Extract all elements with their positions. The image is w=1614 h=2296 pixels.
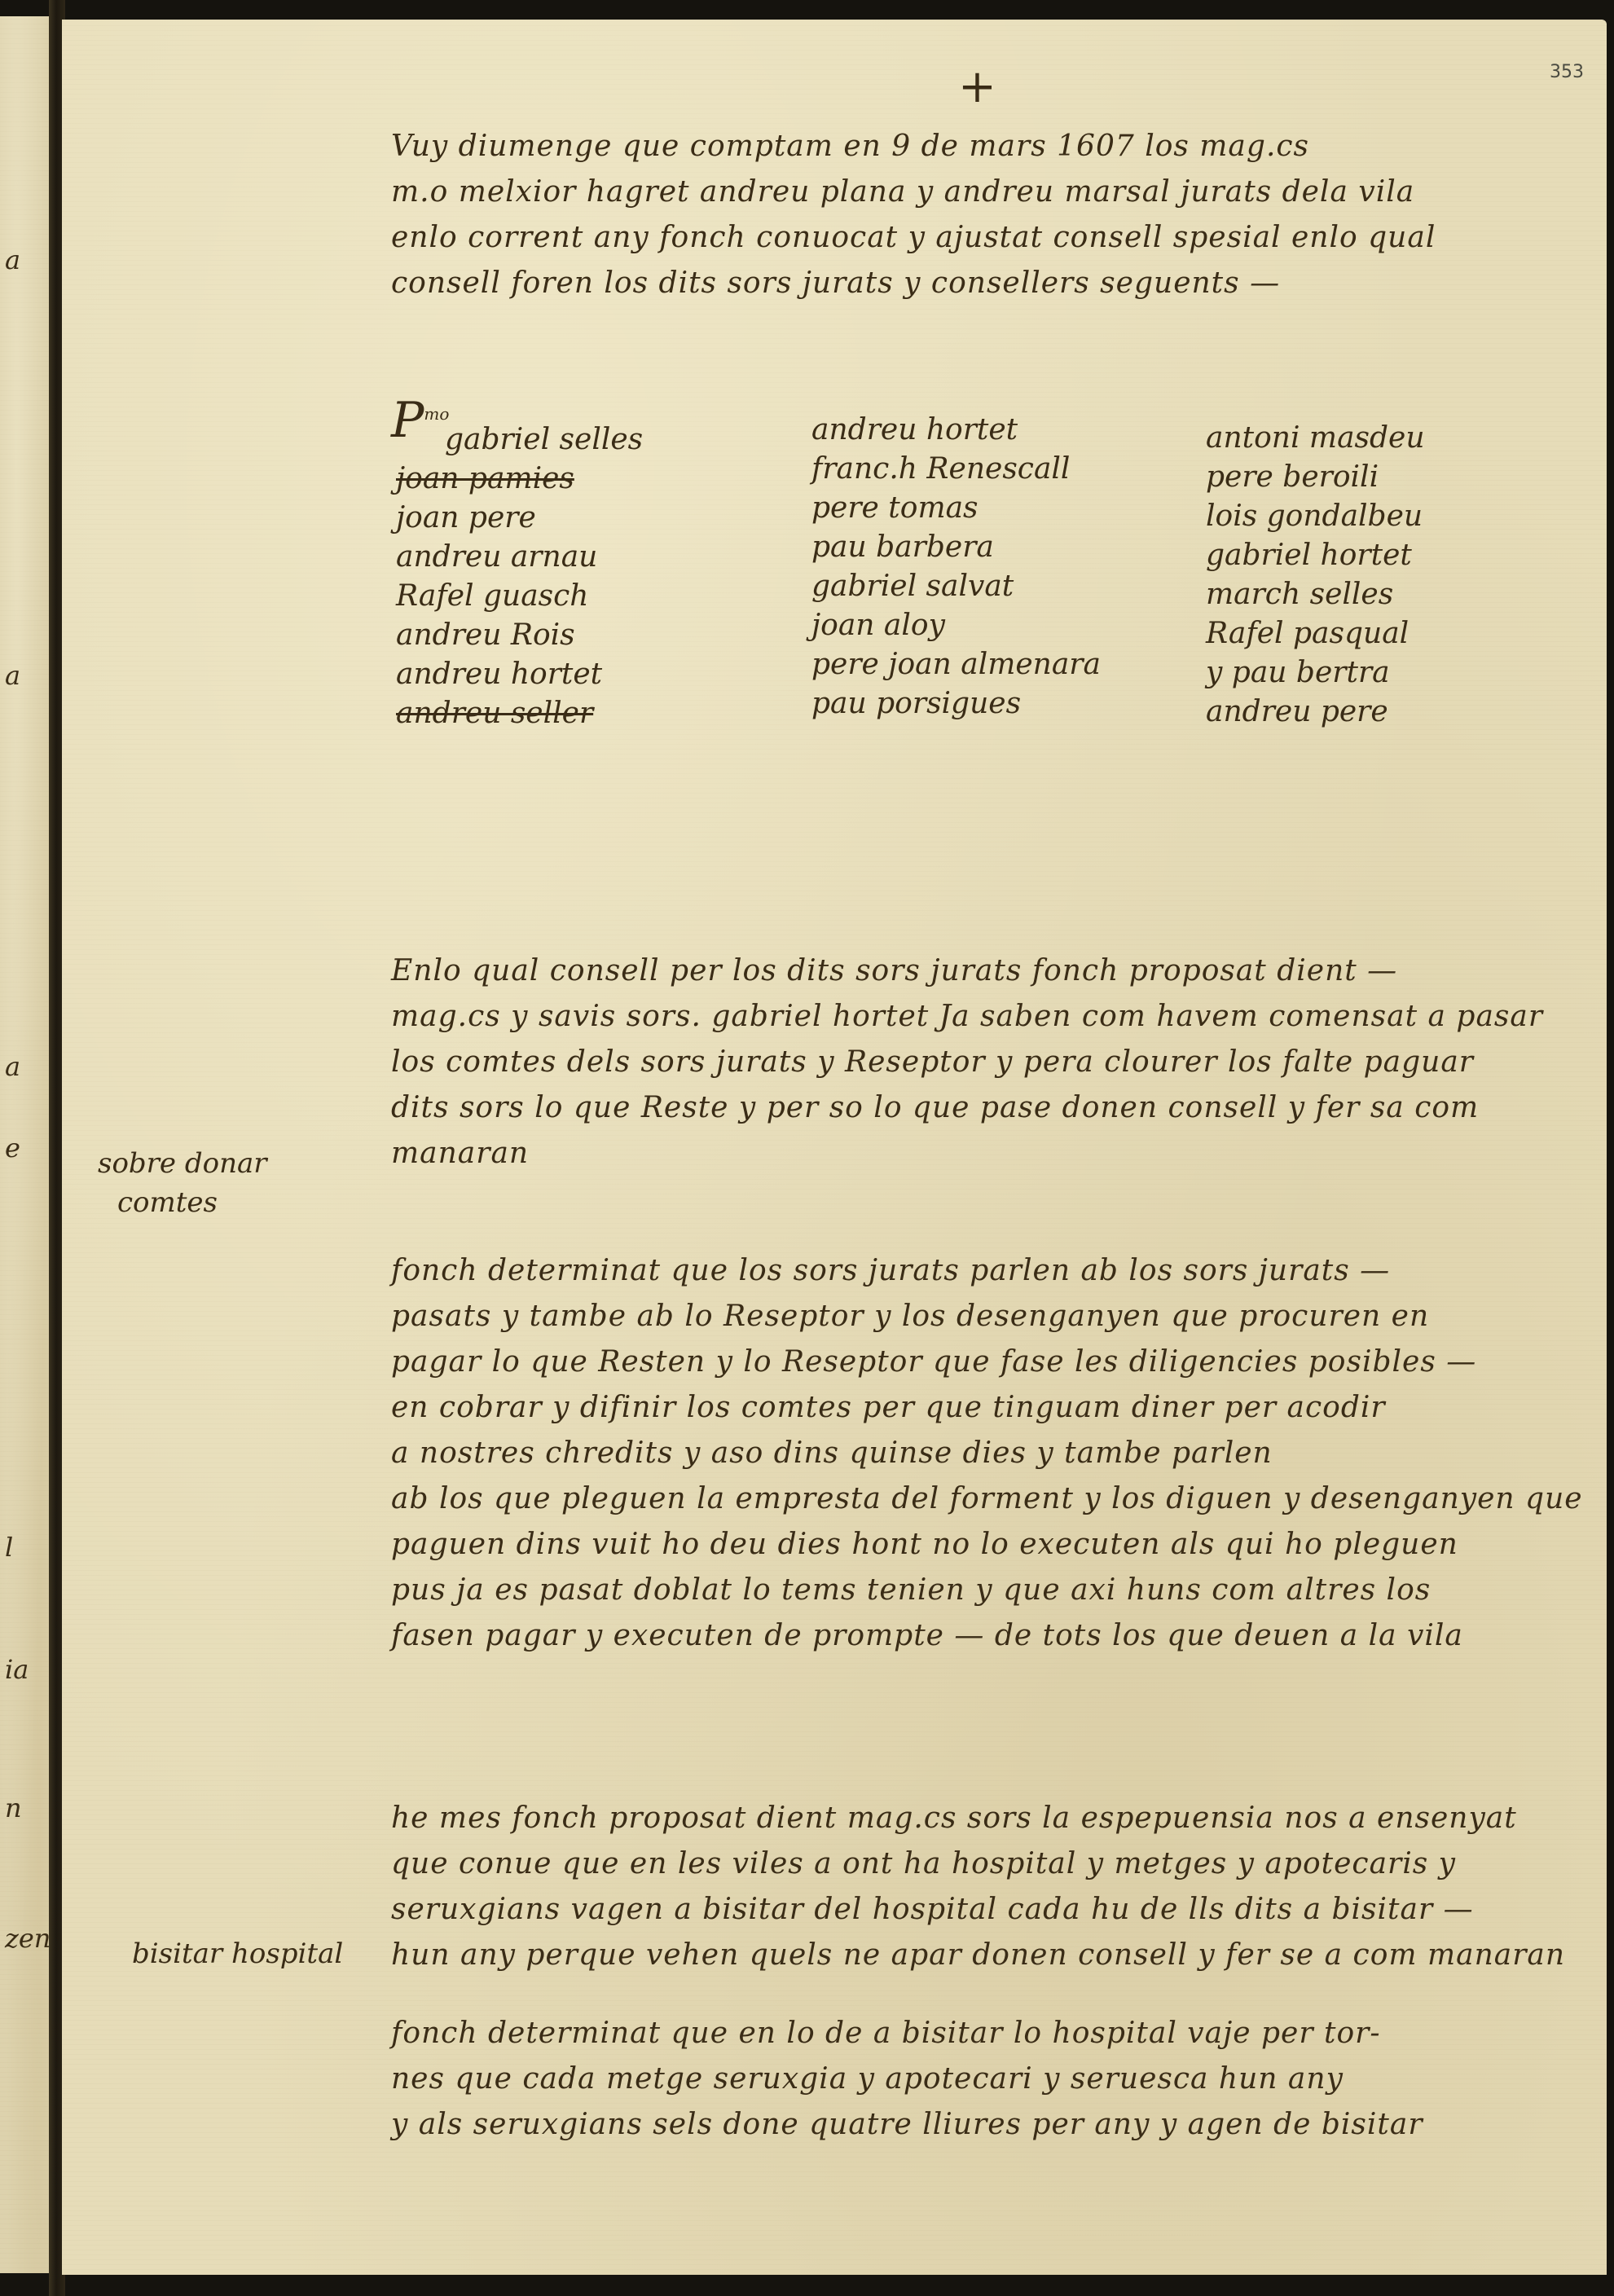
- attendee-name: pau porsigues: [811, 684, 1101, 724]
- attendee-name: joan pere: [396, 499, 643, 538]
- text-line: ab los que pleguen la empresta del forme…: [391, 1476, 1583, 1522]
- attendee-name: pau barbera: [811, 528, 1101, 567]
- attendee-name: Rafel guasch: [396, 577, 643, 616]
- margin-note-hospital: bisitar hospital: [132, 1934, 343, 1973]
- attendee-name: franc.h Renescall: [811, 450, 1101, 489]
- left-page-fragment: ia: [5, 1654, 29, 1685]
- attendee-name: andreu hortet: [811, 411, 1101, 450]
- attendee-column-1: gabriel selles joan pamies joan pere and…: [396, 420, 643, 733]
- attendee-name: pere joan almenara: [811, 645, 1101, 684]
- text-line: manaran: [391, 1131, 1543, 1177]
- text-line: que conue que en les viles a ont ha hosp…: [391, 1841, 1565, 1887]
- attendee-name: antoni masdeu: [1206, 419, 1425, 458]
- attendee-name: andreu pere: [1206, 693, 1425, 732]
- attendee-name: Rafel pasqual: [1206, 614, 1425, 653]
- text-line: fasen pagar y executen de prompte — de t…: [391, 1613, 1583, 1659]
- text-line: fonch determinat que en lo de a bisitar …: [391, 2011, 1423, 2056]
- attendee-column-3: antoni masdeu pere beroili lois gondalbe…: [1206, 419, 1425, 732]
- text-line: seruxgians vagen a bisitar del hospital …: [391, 1887, 1565, 1933]
- text-line: los comtes dels sors jurats y Reseptor y…: [391, 1040, 1543, 1085]
- attendee-name: gabriel selles: [396, 420, 643, 460]
- text-line: y als seruxgians sels done quatre lliure…: [391, 2102, 1423, 2148]
- text-line: fonch determinat que los sors jurats par…: [391, 1248, 1583, 1294]
- determination-paragraph-2: fonch determinat que en lo de a bisitar …: [391, 2011, 1423, 2148]
- margin-note-comptes: sobre donar comtes: [98, 1144, 267, 1222]
- left-page-fragment: a: [5, 1051, 20, 1082]
- text-line: mag.cs y savis sors. gabriel hortet Ja s…: [391, 994, 1543, 1040]
- attendee-name-struck: andreu seller: [396, 694, 643, 733]
- cross-heading-mark: +: [958, 60, 996, 113]
- attendee-name: andreu Rois: [396, 616, 643, 655]
- text-line: pus ja es pasat doblat lo tems tenien y …: [391, 1568, 1583, 1613]
- attendee-name: gabriel hortet: [1206, 536, 1425, 575]
- attendee-name: march selles: [1206, 575, 1425, 614]
- attendee-column-2: andreu hortet franc.h Renescall pere tom…: [811, 411, 1101, 724]
- manuscript-page: 353 + Vuy diumenge que comptam en 9 de m…: [62, 20, 1607, 2275]
- text-line: m.o melxior hagret andreu plana y andreu…: [391, 169, 1436, 215]
- text-line: pasats y tambe ab lo Reseptor y los dese…: [391, 1294, 1583, 1339]
- text-line: enlo corrent any fonch conuocat y ajusta…: [391, 215, 1436, 261]
- attendee-name: lois gondalbeu: [1206, 497, 1425, 536]
- text-line: a nostres chredits y aso dins quinse die…: [391, 1431, 1583, 1476]
- left-page-fragment: a: [5, 244, 20, 275]
- left-page-fragment: e: [5, 1133, 20, 1163]
- text-line: nes que cada metge seruxgia y apotecari …: [391, 2056, 1423, 2102]
- text-line: Enlo qual consell per los dits sors jura…: [391, 948, 1543, 994]
- text-line: Vuy diumenge que comptam en 9 de mars 16…: [391, 124, 1436, 169]
- folio-number: 353: [1550, 62, 1584, 82]
- attendee-name: andreu arnau: [396, 538, 643, 577]
- attendee-name: pere beroili: [1206, 458, 1425, 497]
- text-line: en cobrar y difinir los comtes per que t…: [391, 1385, 1583, 1431]
- text-line: pagar lo que Resten y lo Reseptor que fa…: [391, 1339, 1583, 1385]
- attendee-name: pere tomas: [811, 489, 1101, 528]
- text-line: dits sors lo que Reste y per so lo que p…: [391, 1085, 1543, 1131]
- left-page-fragment: a: [5, 660, 20, 691]
- proposal-paragraph-1: Enlo qual consell per los dits sors jura…: [391, 948, 1543, 1177]
- left-page-fragment: n: [5, 1792, 22, 1823]
- proposal-paragraph-2: he mes fonch proposat dient mag.cs sors …: [391, 1796, 1565, 1978]
- attendee-name: joan aloy: [811, 606, 1101, 645]
- attendee-name-struck: joan pamies: [396, 460, 643, 499]
- attendee-name: y pau bertra: [1206, 653, 1425, 693]
- left-page-fragment: l: [5, 1532, 13, 1563]
- text-line: consell foren los dits sors jurats y con…: [391, 261, 1436, 306]
- text-line: he mes fonch proposat dient mag.cs sors …: [391, 1796, 1565, 1841]
- opening-paragraph: Vuy diumenge que comptam en 9 de mars 16…: [391, 124, 1436, 306]
- determination-paragraph-1: fonch determinat que los sors jurats par…: [391, 1248, 1583, 1659]
- attendee-name: andreu hortet: [396, 655, 643, 694]
- text-line: paguen dins vuit ho deu dies hont no lo …: [391, 1522, 1583, 1568]
- left-page-fragment: zen: [5, 1923, 51, 1954]
- text-line: hun any perque vehen quels ne apar donen…: [391, 1933, 1565, 1978]
- attendee-name: gabriel salvat: [811, 567, 1101, 606]
